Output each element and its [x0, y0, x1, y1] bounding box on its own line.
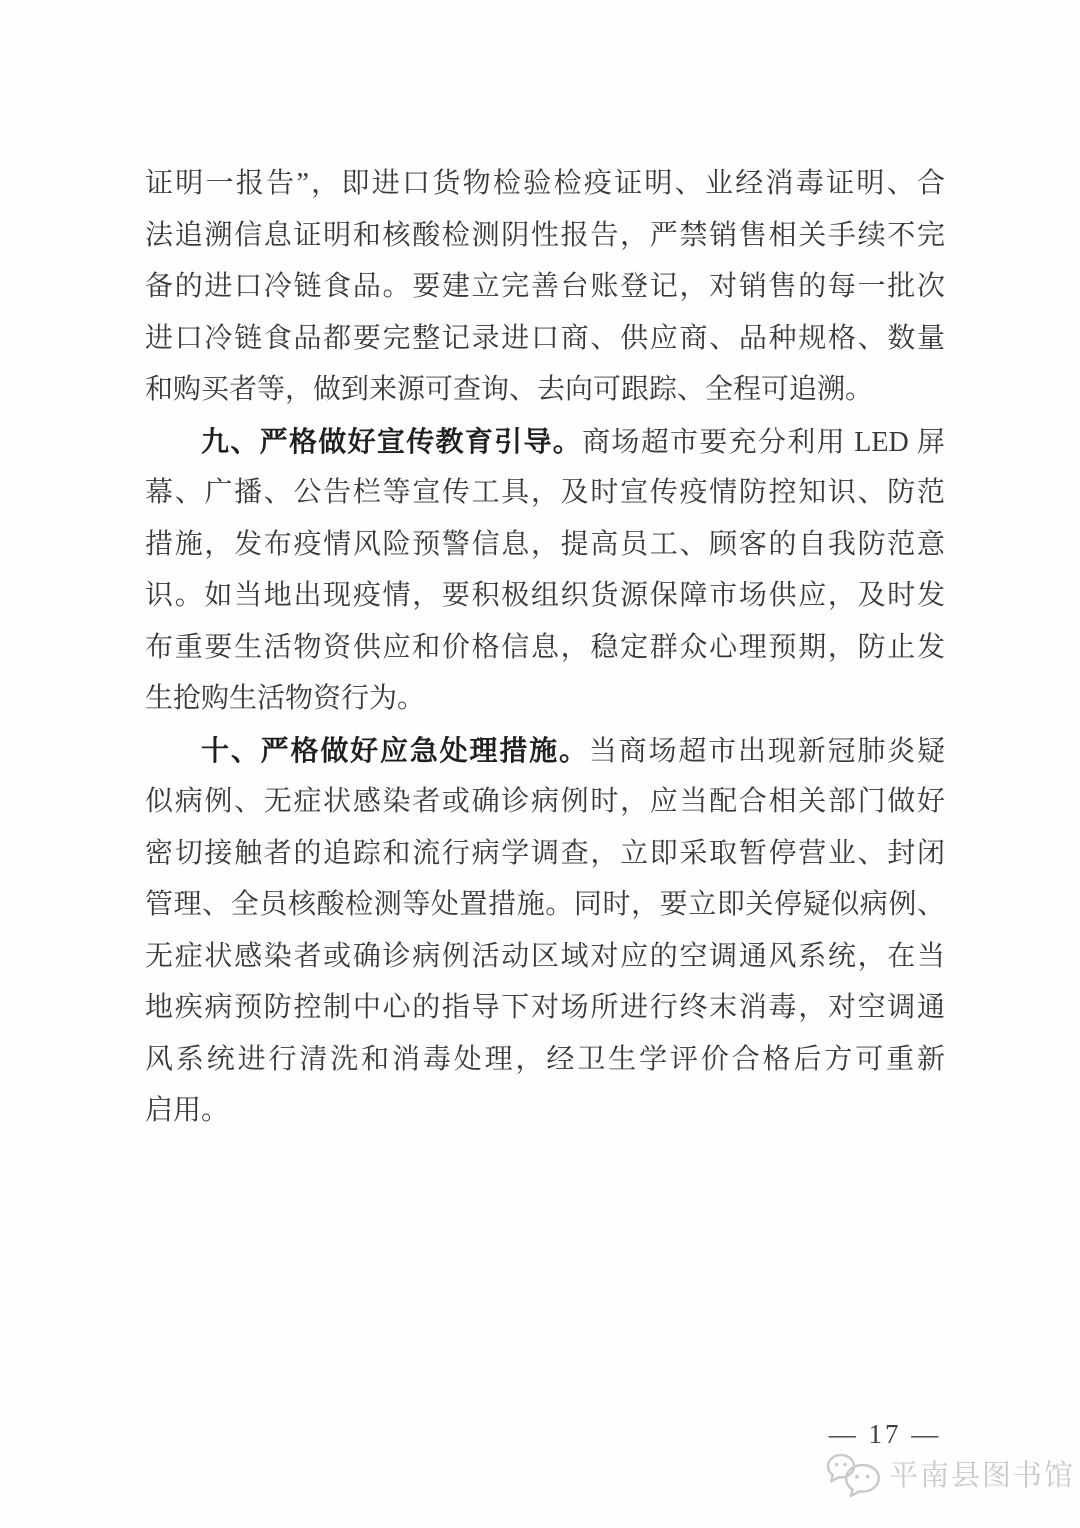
document-line: 备的进口冷链食品。要建立完善台账登记，对销售的每一批次 [145, 261, 945, 313]
document-line: 风系统进行清洗和消毒处理，经卫生学评价合格后方可重新 [145, 1034, 945, 1086]
watermark: 平南县图书馆 [824, 1452, 1075, 1500]
document-line: 九、严格做好宣传教育引导。商场超市要充分利用 LED 屏 [145, 416, 945, 468]
section-heading-10: 十、严格做好应急处理措施。 [201, 735, 589, 766]
document-line: 措施，发布疫情风险预警信息，提高员工、顾客的自我防范意 [145, 519, 945, 571]
line-text: 商场超市要充分利用 LED 屏 [582, 427, 945, 458]
document-line: 密切接触者的追踪和流行病学调查，立即采取暂停营业、封闭 [145, 828, 945, 880]
document-page: 证明一报告”，即进口货物检验检疫证明、业经消毒证明、合 法追溯信息证明和核酸检测… [0, 0, 1080, 1528]
document-line: 进口冷链食品都要完整记录进口商、供应商、品种规格、数量 [145, 313, 945, 365]
watermark-label: 平南县图书馆 [889, 1456, 1075, 1496]
document-line: 地疾病预防控制中心的指导下对场所进行终末消毒，对空调通 [145, 982, 945, 1034]
document-line: 十、严格做好应急处理措施。当商场超市出现新冠肺炎疑 [145, 725, 945, 777]
document-line: 幕、广播、公告栏等宣传工具，及时宣传疫情防控知识、防范 [145, 467, 945, 519]
document-line: 生抢购生活物资行为。 [145, 673, 945, 725]
document-line: 证明一报告”，即进口货物检验检疫证明、业经消毒证明、合 [145, 158, 945, 210]
document-line: 启用。 [145, 1085, 945, 1137]
wechat-icon [824, 1452, 882, 1500]
document-line: 似病例、无症状感染者或确诊病例时，应当配合相关部门做好 [145, 776, 945, 828]
page-number: — 17 — [785, 1419, 985, 1449]
line-text: 当商场超市出现新冠肺炎疑 [589, 736, 945, 767]
document-body: 证明一报告”，即进口货物检验检疫证明、业经消毒证明、合 法追溯信息证明和核酸检测… [145, 158, 945, 1137]
document-line: 布重要生活物资供应和价格信息，稳定群众心理预期，防止发 [145, 622, 945, 674]
document-line: 无症状感染者或确诊病例活动区域对应的空调通风系统，在当 [145, 931, 945, 983]
section-heading-9: 九、严格做好宣传教育引导。 [201, 426, 582, 457]
document-line: 识。如当地出现疫情，要积极组织货源保障市场供应，及时发 [145, 570, 945, 622]
document-line: 管理、全员核酸检测等处置措施。同时，要立即关停疑似病例、 [145, 879, 945, 931]
document-line: 和购买者等，做到来源可查询、去向可跟踪、全程可追溯。 [145, 364, 945, 416]
document-line: 法追溯信息证明和核酸检测阴性报告，严禁销售相关手续不完 [145, 210, 945, 262]
